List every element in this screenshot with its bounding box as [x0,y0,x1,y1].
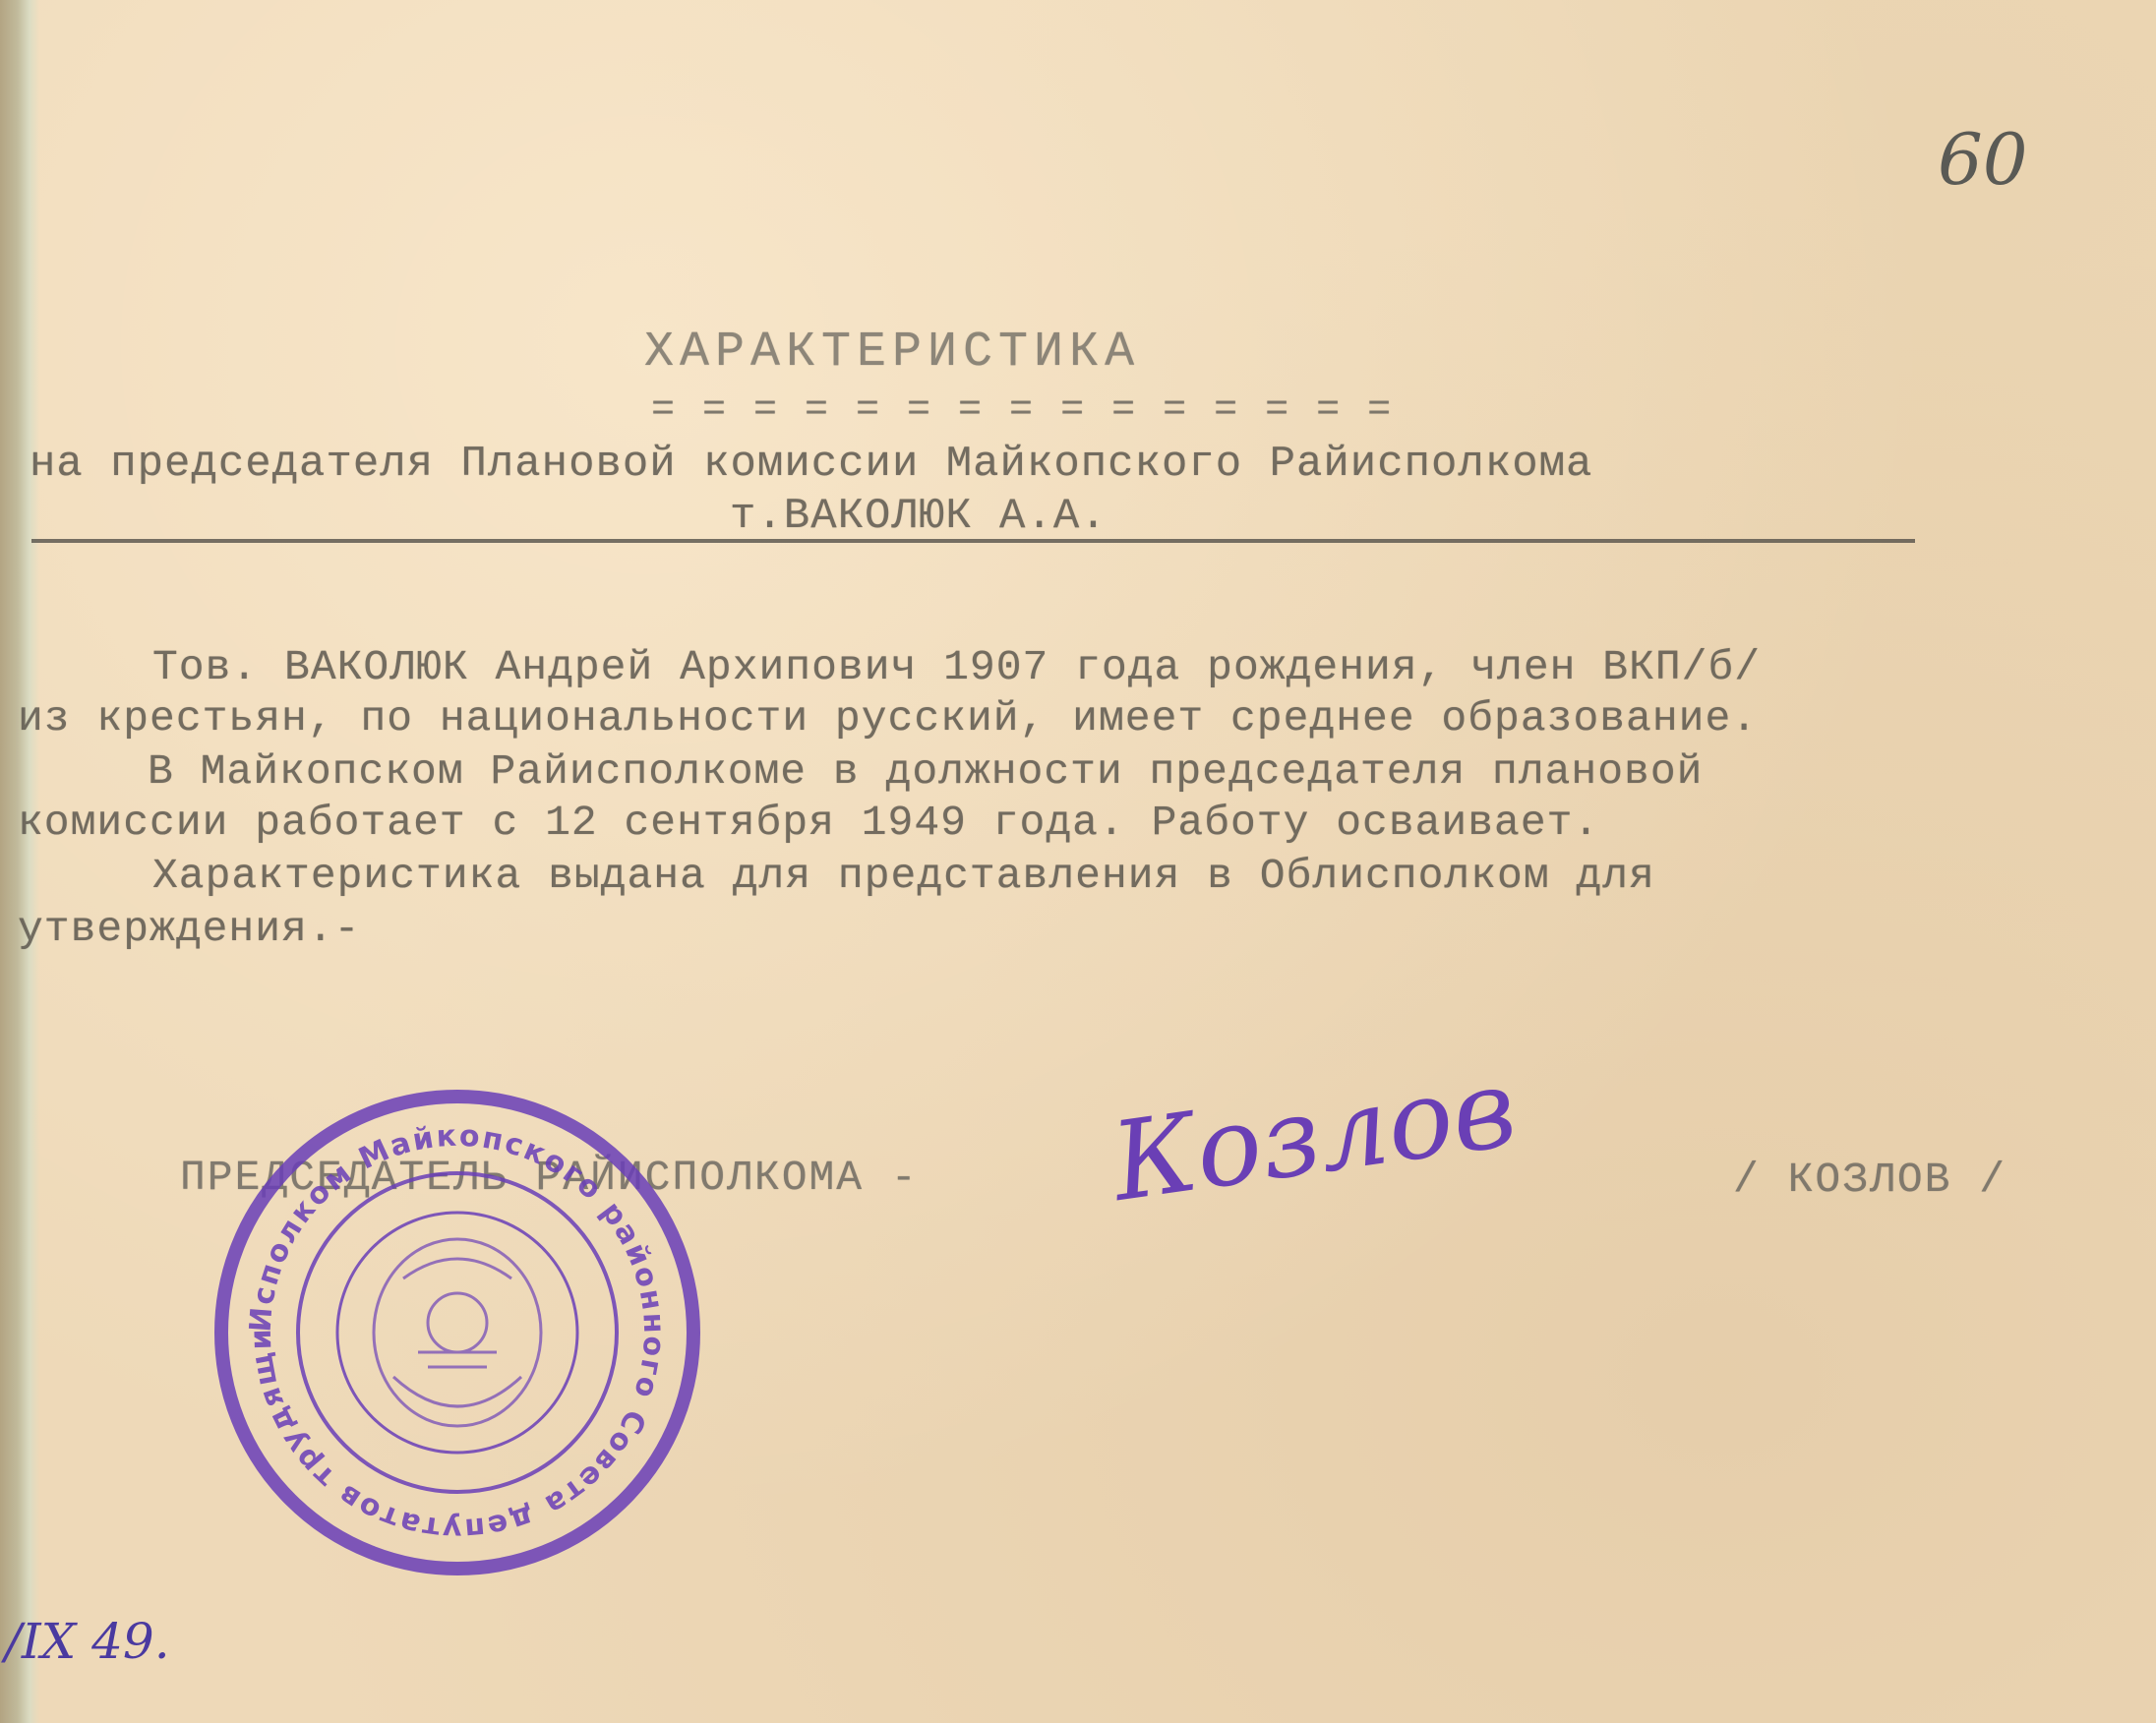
body-line-2: из крестьян, по национальности русский, … [18,694,1758,743]
title-underline: = = = = = = = = = = = = = = = [651,388,1393,433]
document-title: ХАРАКТЕРИСТИКА [644,325,1140,381]
official-stamp-icon: Исполком Майкопского районного Совета де… [207,1082,708,1583]
document-subtitle: на председателя Плановой комиссии Майкоп… [30,440,1592,489]
subject-name: т.ВАКОЛЮК А.А. [730,492,1108,541]
handwritten-page-number: 60 [1938,118,2028,201]
scan-edge-shadow [0,0,39,1723]
body-line-6: утверждения.- [18,905,360,953]
body-line-4: комиссии работает с 12 сентября 1949 год… [18,799,1599,847]
body-line-3: В Майкопском Райисполкоме в должности пр… [148,747,1703,796]
header-divider [31,539,1915,543]
handwritten-date: /IX 49. [5,1613,170,1670]
handwritten-signature: Козлов [1105,1044,1523,1225]
body-line-1: Тов. ВАКОЛЮК Андрей Архипович 1907 года … [152,643,1761,691]
body-line-5: Характеристика выдана для представления … [152,852,1655,900]
signatory-name: / КОЗЛОВ / [1733,1156,2006,1204]
